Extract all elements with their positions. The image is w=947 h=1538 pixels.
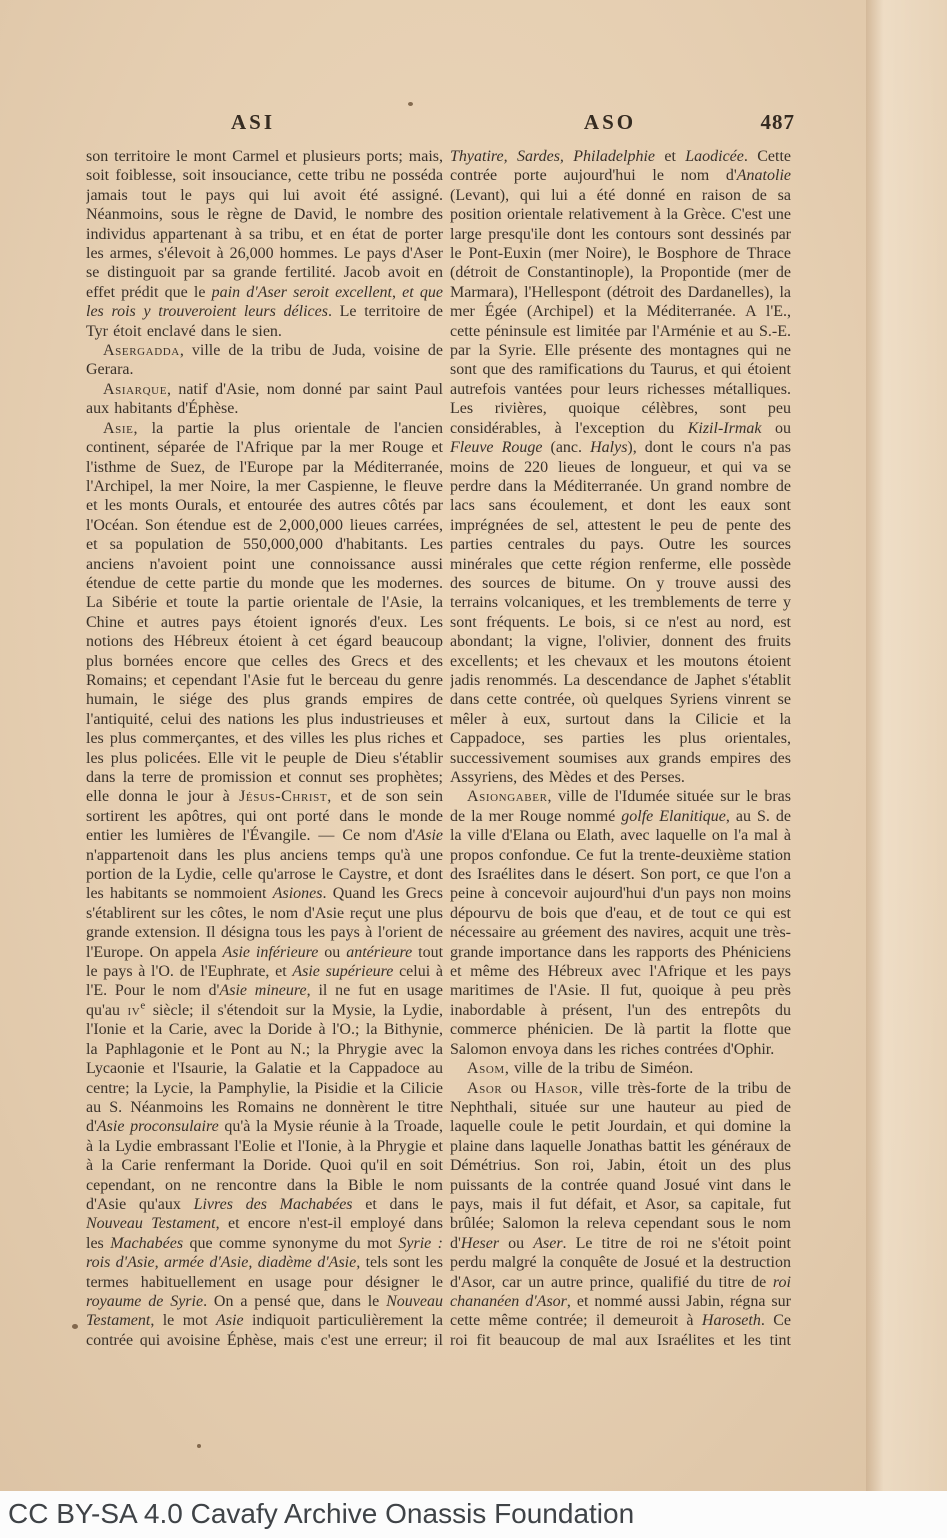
dictionary-paragraph: Asor ou Hasor, ville très-forte de la tr… — [450, 1079, 791, 1348]
running-title-left: ASI — [205, 110, 301, 136]
dictionary-paragraph: Asom, ville de la tribu de Siméon. — [450, 1059, 791, 1078]
dictionary-paragraph: son territoire le mont Carmel et plusieu… — [86, 147, 443, 341]
dictionary-paragraph: Asergadda, ville de la tribu de Juda, vo… — [86, 341, 443, 380]
paper-speck — [197, 1444, 201, 1448]
paper-speck — [408, 102, 413, 106]
dictionary-paragraph: Thyatire, Sardes, Philadelphie et Laodic… — [450, 147, 791, 787]
dictionary-paragraph: Asiarque, natif d'Asie, nom donné par sa… — [86, 380, 443, 419]
page-scan: ASI ASO 487 son territoire le mont Carme… — [0, 0, 947, 1491]
scanned-book-page: ASI ASO 487 son territoire le mont Carme… — [0, 0, 947, 1538]
license-bar: CC BY-SA 4.0 Cavafy Archive Onassis Foun… — [0, 1491, 947, 1538]
paper-speck — [72, 1324, 78, 1329]
dictionary-paragraph: Asiongaber, ville de l'Idumée située sur… — [450, 787, 791, 1059]
running-title-right: ASO — [562, 110, 658, 136]
dictionary-paragraph: Asie, la partie la plus orientale de l'a… — [86, 419, 443, 1347]
license-text: CC BY-SA 4.0 Cavafy Archive Onassis Foun… — [0, 1491, 947, 1537]
page-right-edge — [866, 0, 947, 1491]
page-number: 487 — [730, 110, 795, 136]
text-column-right: Thyatire, Sardes, Philadelphie et Laodic… — [450, 147, 791, 1347]
text-column-left: son territoire le mont Carmel et plusieu… — [86, 147, 443, 1347]
